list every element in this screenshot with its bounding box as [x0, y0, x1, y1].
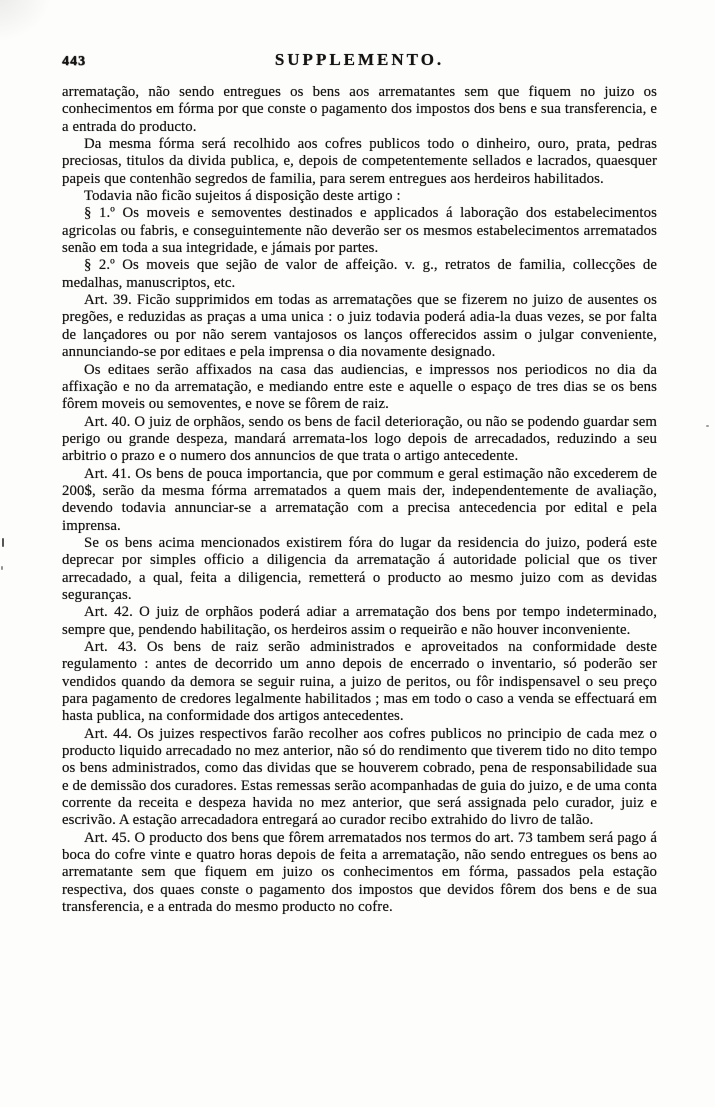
paragraph: Art. 39. Ficão supprimidos em todas as a… — [62, 292, 657, 361]
paragraph: Art. 45. O producto dos bens que fôrem a… — [62, 830, 657, 917]
paragraph: Art. 42. O juiz de orphãos poderá adiar … — [62, 604, 657, 639]
page-number: 443 — [62, 54, 86, 70]
scanned-page: 443 SUPPLEMENTO. arrematação, não sendo … — [0, 0, 715, 1107]
page-header: 443 SUPPLEMENTO. — [62, 50, 657, 74]
paragraph: Art. 43. Os bens de raiz serão administr… — [62, 639, 657, 726]
paragraph: Art. 41. Os bens de pouca importancia, q… — [62, 466, 657, 535]
paragraph: § 2.º Os moveis que sejão de valor de af… — [62, 257, 657, 292]
running-title: SUPPLEMENTO. — [62, 50, 657, 70]
ink-speck — [706, 425, 709, 427]
ink-speck — [2, 538, 4, 547]
paragraph: § 1.º Os moveis e semoventes destinados … — [62, 205, 657, 257]
paragraph: arrematação, não sendo entregues os bens… — [62, 84, 657, 136]
ink-speck — [1, 566, 3, 570]
paragraph: Art. 44. Os juizes respectivos farão rec… — [62, 726, 657, 830]
paragraph: Todavia não ficão sujeitos á disposição … — [62, 188, 657, 205]
page-body: arrematação, não sendo entregues os bens… — [62, 84, 657, 917]
paragraph: Da mesma fórma será recolhido aos cofres… — [62, 136, 657, 188]
paragraph: Art. 40. O juiz de orphãos, sendo os ben… — [62, 414, 657, 466]
paragraph: Os editaes serão affixados na casa das a… — [62, 362, 657, 414]
paragraph: Se os bens acima mencionados existirem f… — [62, 535, 657, 604]
